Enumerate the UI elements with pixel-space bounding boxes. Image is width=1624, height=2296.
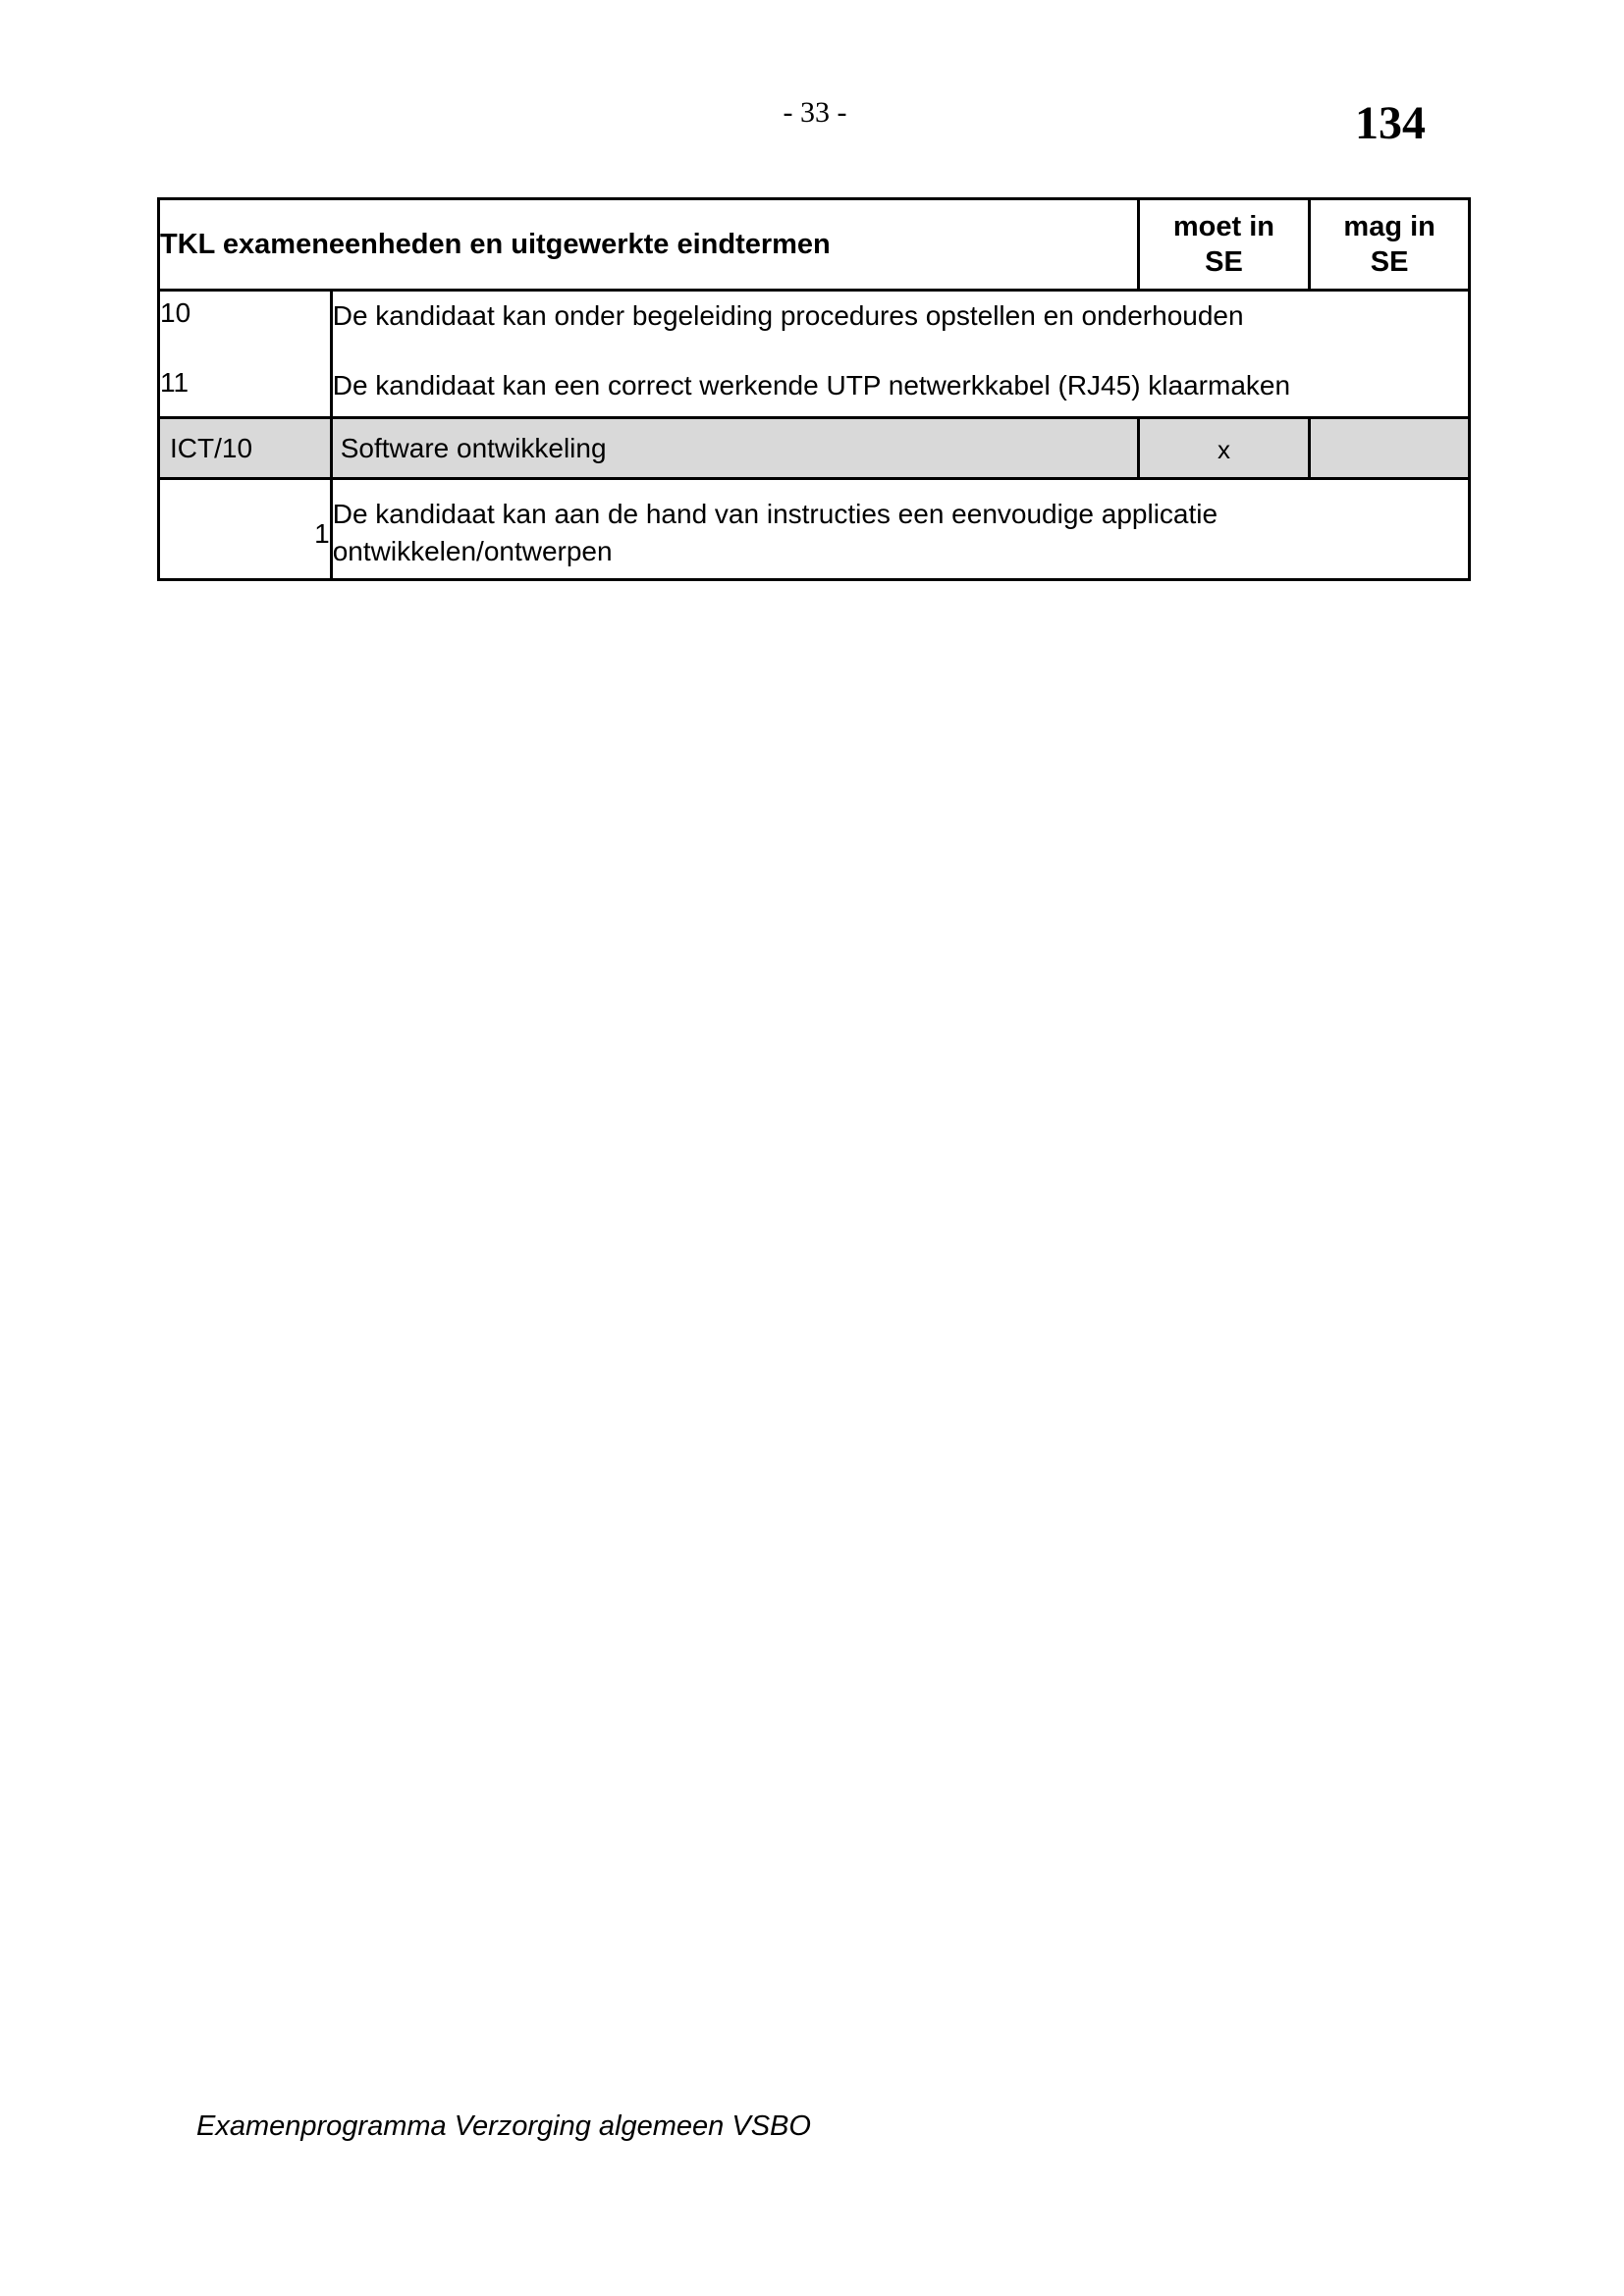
unit-code: ICT/10: [159, 418, 332, 479]
term-text: De kandidaat kan een correct werkende UT…: [333, 367, 1468, 410]
term-number: 10: [160, 297, 330, 367]
exam-units-table: TKL exameneenheden en uitgewerkte eindte…: [157, 197, 1471, 581]
document-number: 134: [1355, 96, 1426, 150]
page-number: - 33 -: [776, 96, 854, 130]
unit-moet-in-se-mark: x: [1138, 418, 1310, 479]
column-header-moet-line2: SE: [1205, 246, 1243, 278]
column-header-mag-line1: mag in: [1343, 211, 1435, 242]
unit-name: Software ontwikkeling: [331, 418, 1138, 479]
table-title: TKL exameneenheden en uitgewerkte eindte…: [159, 199, 1139, 291]
table-row-unit: ICT/10 Software ontwikkeling x: [159, 418, 1470, 479]
term-text: De kandidaat kan aan de hand van instruc…: [331, 479, 1469, 580]
table-header-row: TKL exameneenheden en uitgewerkte eindte…: [159, 199, 1470, 291]
unit-mag-in-se-mark: [1310, 418, 1470, 479]
column-header-moet-line1: moet in: [1173, 211, 1274, 242]
column-header-mag-in-se: mag in SE: [1310, 199, 1470, 291]
table-row-terms-ict10: 1 De kandidaat kan aan de hand van instr…: [159, 479, 1470, 580]
term-number: 11: [160, 367, 330, 410]
column-header-mag-line2: SE: [1371, 246, 1409, 278]
term-text: De kandidaat kan onder begeleiding proce…: [333, 297, 1468, 367]
table-row-terms-ict9: 10 11 De kandidaat kan onder begeleiding…: [159, 291, 1470, 418]
term-descriptions-cell: De kandidaat kan onder begeleiding proce…: [331, 291, 1469, 418]
footer-text: Examenprogramma Verzorging algemeen VSBO: [196, 2110, 811, 2143]
term-numbers-cell: 10 11: [159, 291, 332, 418]
column-header-moet-in-se: moet in SE: [1138, 199, 1310, 291]
term-number: 1: [159, 479, 332, 580]
